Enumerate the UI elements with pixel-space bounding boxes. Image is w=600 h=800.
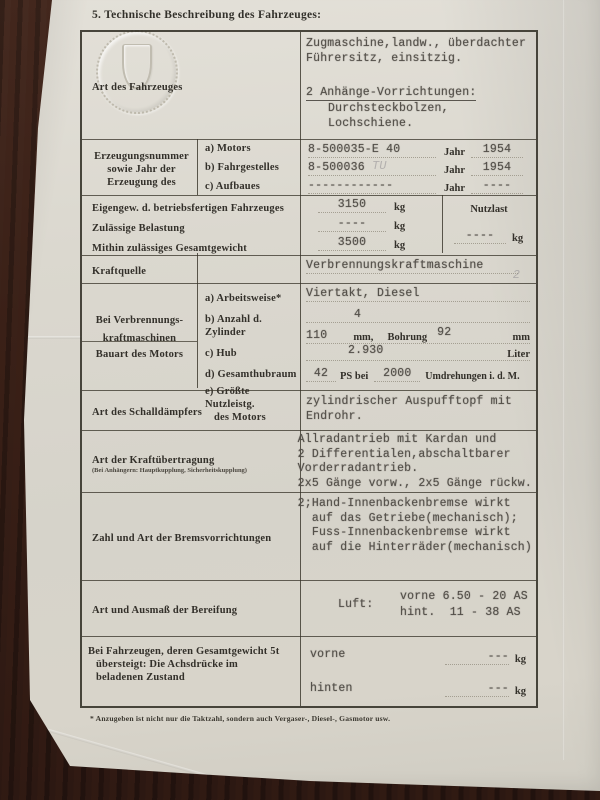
tires-medium: Luft: bbox=[338, 597, 374, 612]
vehicle-type-label-cell: Art des Fahrzeuges bbox=[82, 32, 300, 139]
axle-label-line1: Bei Fahrzeugen, deren Gesamtgewicht 5t bbox=[88, 645, 296, 658]
spec-table: Art des Fahrzeuges Zugmaschine,landw., ü… bbox=[80, 30, 538, 708]
weight-label-2: Zulässige Belastung bbox=[92, 222, 296, 235]
attachments-line2: Lochschiene. bbox=[306, 116, 532, 131]
row-tires: Art und Ausmaß der Bereifung Luft: vorne… bbox=[82, 580, 536, 636]
engine-bore: 92 bbox=[437, 325, 451, 340]
tires-rear: hint. 11 - 38 AS bbox=[400, 605, 521, 620]
transmission-line1: Allradantrieb mit Kardan und bbox=[298, 433, 532, 448]
engine-power: 42 bbox=[306, 366, 336, 382]
muffler-label-cell: Art des Schalldämpfers bbox=[82, 391, 300, 430]
weight-label-1: Eigengew. d. betriebsfertigen Fahrzeuges bbox=[92, 202, 296, 215]
transmission-value-cell: Allradantrieb mit Kardan und 2 Different… bbox=[292, 431, 536, 492]
document-paper: 5. Technische Beschreibung des Fahrzeuge… bbox=[0, 0, 600, 800]
rpm-unit: Umdrehungen i. d. M. bbox=[425, 371, 519, 382]
weights-label-cell: Eigengew. d. betriebsfertigen Fahrzeuges… bbox=[82, 196, 300, 255]
muffler-value-line2: Endrohr. bbox=[306, 409, 532, 424]
engine-sub-b: b) Anzahl d. Zylinder bbox=[205, 313, 300, 339]
serial-body-year: ---- bbox=[471, 178, 523, 194]
row-transmission: Art der Kraftübertragung (Bei Anhängern:… bbox=[82, 430, 536, 492]
tires-label: Art und Ausmaß der Bereifung bbox=[92, 604, 296, 617]
axle-label-line2: übersteigt: Die Achsdrücke im bbox=[88, 658, 296, 671]
brakes-line4: auf die Hinterräder(mechanisch) bbox=[298, 541, 532, 556]
serials-label-line1: Erzeugungsnummer bbox=[90, 150, 193, 163]
brakes-line1: 2;Hand-Innenbackenbremse wirkt bbox=[298, 497, 532, 512]
weight-label-3: Mithin zulässiges Gesamtgewicht bbox=[92, 242, 296, 255]
engine-working-principle: Viertakt, Diesel bbox=[306, 286, 420, 301]
transmission-line4: 2x5 Gänge vorw., 2x5 Gänge rückw. bbox=[298, 477, 532, 492]
serials-sub-cell: a) Motors b) Fahrgestelles c) Aufbaues bbox=[197, 140, 300, 195]
engine-label-cell: Bei Verbrennungs- kraftmaschinen Bauart … bbox=[82, 284, 197, 390]
kg-unit-2: kg bbox=[394, 221, 405, 232]
engine-label-divider bbox=[82, 341, 197, 342]
engine-displacement: 2.930 bbox=[306, 343, 384, 358]
serials-label-line2: sowie Jahr der bbox=[90, 163, 193, 176]
payload-unit: kg bbox=[512, 233, 523, 244]
power-source-value-cell: Verbrennungskraftmaschine 2 bbox=[300, 256, 536, 283]
vehicle-type-value-line1: Zugmaschine,landw., überdachter bbox=[306, 36, 532, 51]
serial-body-value: ------------ bbox=[308, 178, 436, 194]
weights-value-cell: 3150 kg ---- kg 3500 kg Nutzlast ---- kg bbox=[300, 196, 536, 255]
row-brakes: Zahl und Art der Bremsvorrichtungen 2;Ha… bbox=[82, 492, 536, 580]
vehicle-type-value-cell: Zugmaschine,landw., überdachter Führersi… bbox=[300, 32, 536, 139]
displacement-unit: Liter bbox=[507, 349, 530, 360]
engine-label-top2: kraftmaschinen bbox=[103, 333, 176, 344]
serial-chassis-year: 1954 bbox=[471, 160, 523, 176]
axle-rear-label: hinten bbox=[310, 681, 353, 696]
engine-label-top1: Bei Verbrennungs- bbox=[96, 315, 184, 326]
serials-sub-a: a) Motors bbox=[205, 142, 300, 155]
kg-unit-3: kg bbox=[394, 240, 405, 251]
muffler-label: Art des Schalldämpfers bbox=[92, 406, 296, 419]
engine-sub-a: a) Arbeitsweise* bbox=[205, 292, 300, 305]
jahr-label-2: Jahr bbox=[444, 165, 465, 176]
axle-rear-value: --- bbox=[445, 681, 509, 697]
row-axle-loads: Bei Fahrzeugen, deren Gesamtgewicht 5t ü… bbox=[82, 636, 536, 706]
brakes-label-cell: Zahl und Art der Bremsvorrichtungen bbox=[82, 493, 292, 580]
serial-motor-year: 1954 bbox=[471, 142, 523, 158]
axle-loads-value-cell: vorne --- kg hinten --- kg bbox=[300, 637, 536, 706]
brakes-label: Zahl und Art der Bremsvorrichtungen bbox=[92, 532, 288, 545]
muffler-value-line1: zylindrischer Auspufftopf mit bbox=[306, 394, 532, 409]
row-engine: Bei Verbrennungs- kraftmaschinen Bauart … bbox=[82, 283, 536, 390]
vehicle-type-value-line2: Führersitz, einsitzig. bbox=[306, 51, 532, 66]
tires-value-cell: Luft: vorne 6.50 - 20 AS hint. 11 - 38 A… bbox=[300, 581, 536, 636]
row-muffler: Art des Schalldämpfers zylindrischer Aus… bbox=[82, 390, 536, 430]
pencil-mark-chassis: TU bbox=[372, 159, 386, 173]
weight-value-3: 3500 bbox=[318, 235, 386, 251]
row-serials: Erzeugungsnummer sowie Jahr der Erzeugun… bbox=[82, 139, 536, 195]
serials-label-cell: Erzeugungsnummer sowie Jahr der Erzeugun… bbox=[82, 140, 197, 195]
engine-value-cell: Viertakt, Diesel 4 110 mm, Bohrung 92 mm… bbox=[300, 284, 536, 390]
brakes-line3: Fuss-Innenbackenbremse wirkt bbox=[298, 526, 532, 541]
stroke-unit: mm, bbox=[353, 332, 373, 343]
muffler-value-cell: zylindrischer Auspufftopf mit Endrohr. bbox=[300, 391, 536, 430]
power-source-value: Verbrennungskraftmaschine bbox=[306, 258, 518, 274]
engine-cylinders: 4 bbox=[306, 307, 361, 322]
row-weights: Eigengew. d. betriebsfertigen Fahrzeuges… bbox=[82, 195, 536, 255]
power-source-label-cell: Kraftquelle bbox=[82, 256, 300, 283]
axle-front-unit: kg bbox=[515, 654, 526, 665]
pencil-mark-power: 2 bbox=[513, 268, 520, 282]
kg-unit-1: kg bbox=[394, 202, 405, 213]
engine-sub-cell: a) Arbeitsweise* b) Anzahl d. Zylinder c… bbox=[197, 284, 300, 390]
ps-bei-label: PS bei bbox=[340, 371, 368, 382]
fold-crease-bottom bbox=[0, 712, 259, 792]
serial-motor-value: 8-500035-E 40 bbox=[308, 142, 436, 158]
transmission-label-cell: Art der Kraftübertragung (Bei Anhängern:… bbox=[82, 431, 292, 492]
fold-crease-right bbox=[562, 0, 565, 760]
weight-value-2: ---- bbox=[318, 216, 386, 232]
section-heading: 5. Technische Beschreibung des Fahrzeuge… bbox=[92, 9, 321, 21]
weight-value-1: 3150 bbox=[318, 197, 386, 213]
row-vehicle-type: Art des Fahrzeuges Zugmaschine,landw., ü… bbox=[82, 32, 536, 139]
attachments-line1: Durchsteckbolzen, bbox=[306, 101, 532, 116]
engine-stroke: 110 bbox=[306, 328, 327, 343]
vehicle-type-label: Art des Fahrzeuges bbox=[92, 81, 296, 94]
bore-label: Bohrung bbox=[387, 332, 427, 343]
serials-value-cell: 8-500035-E 40 Jahr 1954 8-500036 Jahr 19… bbox=[300, 140, 536, 195]
engine-label-bottom: Bauart des Motors bbox=[82, 348, 197, 361]
payload-label: Nutzlast bbox=[442, 204, 536, 215]
serials-sub-b: b) Fahrgestelles bbox=[205, 161, 300, 174]
transmission-label-small: (Bei Anhängern: Hauptkupplung, Sicherhei… bbox=[92, 467, 288, 474]
axle-loads-label-cell: Bei Fahrzeugen, deren Gesamtgewicht 5t ü… bbox=[82, 637, 300, 706]
axle-front-label: vorne bbox=[310, 647, 346, 662]
serials-sub-c: c) Aufbaues bbox=[205, 180, 300, 193]
tires-front: vorne 6.50 - 20 AS bbox=[400, 589, 528, 604]
jahr-label-3: Jahr bbox=[444, 183, 465, 194]
axle-label-line3: beladenen Zustand bbox=[88, 671, 296, 684]
fold-crease-left bbox=[24, 336, 82, 339]
brakes-value-cell: 2;Hand-Innenbackenbremse wirkt auf das G… bbox=[292, 493, 536, 580]
row-power-source: Kraftquelle Verbrennungskraftmaschine 2 bbox=[82, 255, 536, 283]
attachments-heading: 2 Anhänge-Vorrichtungen: bbox=[306, 85, 476, 101]
axle-rear-unit: kg bbox=[515, 686, 526, 697]
axle-front-value: --- bbox=[445, 649, 509, 665]
payload-cell: Nutzlast ---- kg bbox=[442, 196, 536, 255]
engine-sub-c: c) Hub bbox=[205, 347, 300, 360]
jahr-label-1: Jahr bbox=[444, 147, 465, 158]
bore-unit: mm bbox=[513, 332, 531, 343]
transmission-line3: Vorderradantrieb. bbox=[298, 462, 532, 477]
transmission-label: Art der Kraftübertragung bbox=[92, 454, 288, 467]
footnote: * Anzugeben ist nicht nur die Taktzahl, … bbox=[90, 714, 550, 723]
brakes-line2: auf das Getriebe(mechanisch); bbox=[298, 512, 532, 527]
transmission-line2: 2 Differentialen,abschaltbarer bbox=[298, 448, 532, 463]
payload-value: ---- bbox=[454, 228, 506, 244]
engine-sub-d: d) Gesamthubraum bbox=[205, 368, 300, 381]
tires-label-cell: Art und Ausmaß der Bereifung bbox=[82, 581, 300, 636]
engine-rpm: 2000 bbox=[374, 366, 420, 382]
power-source-label: Kraftquelle bbox=[92, 265, 296, 278]
serials-label-line3: Erzeugung des bbox=[90, 176, 193, 189]
